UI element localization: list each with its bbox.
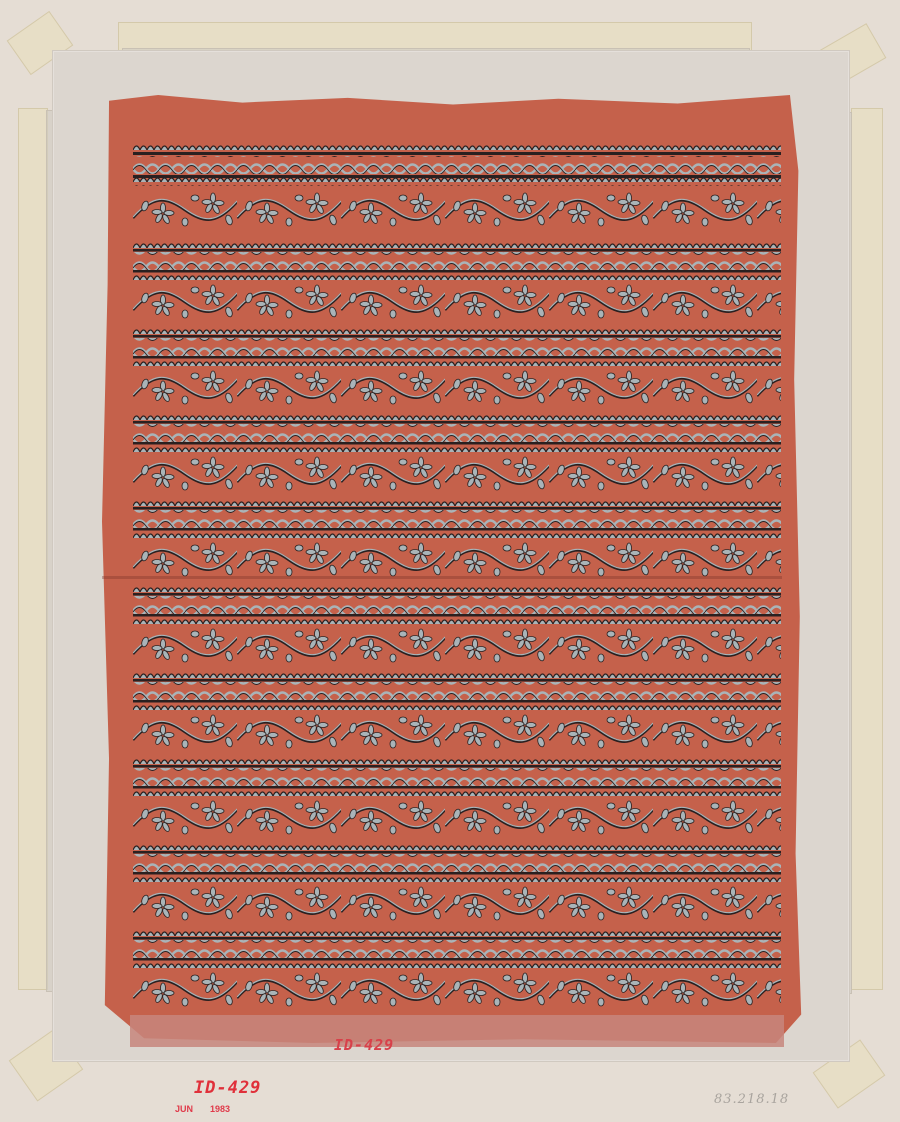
date-stamp-year: 1983 [210, 1104, 230, 1114]
braid-band [133, 670, 781, 710]
floral-band [133, 968, 781, 1018]
floral-band [133, 452, 781, 500]
braid-band [133, 928, 781, 968]
accession-number: 83.218.18 [714, 1092, 789, 1107]
braid-band [133, 240, 781, 280]
textile-inscription: ID-429 [334, 1036, 394, 1054]
braid-band [133, 142, 781, 186]
floral-band [133, 710, 781, 758]
braid-band [133, 842, 781, 882]
floral-band [133, 882, 781, 930]
fold-line [102, 576, 782, 579]
floral-band [133, 366, 781, 414]
date-stamp-month: JUN [175, 1104, 193, 1114]
floral-band [133, 796, 781, 844]
tape-right [851, 108, 883, 990]
braid-band [133, 756, 781, 796]
floral-band [133, 624, 781, 672]
braid-band [133, 326, 781, 366]
floral-band [133, 280, 781, 328]
braid-band [133, 412, 781, 452]
braid-band [133, 584, 781, 626]
print-area [133, 140, 781, 1020]
tape-left [18, 108, 48, 990]
mount-inscription: ID-429 [194, 1078, 261, 1098]
braid-band [133, 498, 781, 538]
floral-band [133, 188, 781, 240]
